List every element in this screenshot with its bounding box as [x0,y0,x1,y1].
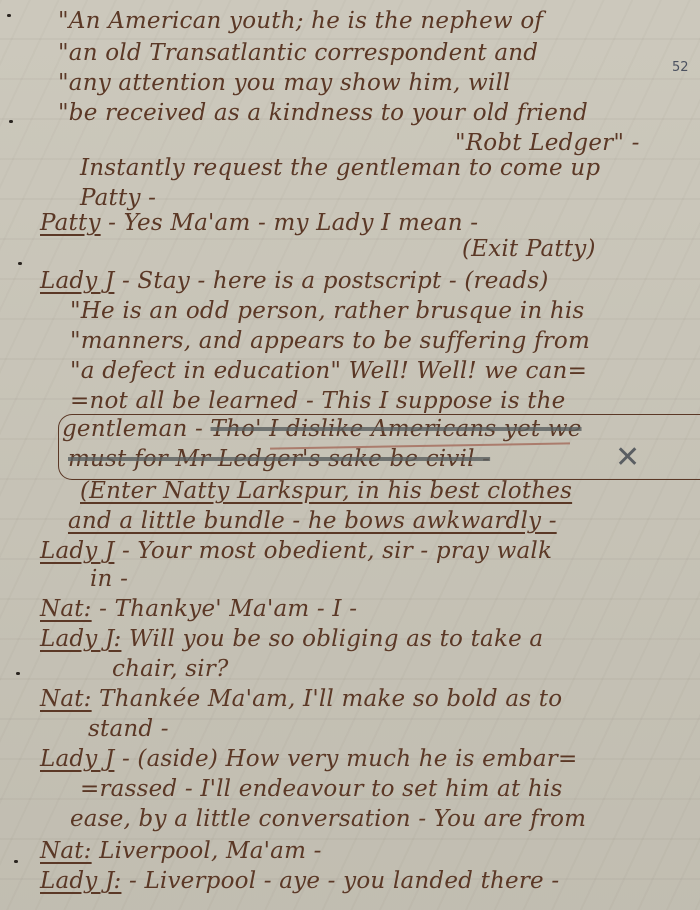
stage-direction-exit: (Exit Patty) [462,236,596,262]
dialogue-lady-j-2: Lady J - Your most obedient, sir - pray … [40,538,552,564]
line-7: Patty - [80,185,156,211]
dialogue-lady-j-3: Lady J: Will you be so obliging as to ta… [40,626,543,652]
line-2: "an old Transatlantic correspondent and [58,40,538,66]
line-25: stand - [88,716,169,742]
speaker-name: Nat: [40,596,92,622]
line-4: "be received as a kindness to your old f… [58,100,588,126]
line-15: gentleman - Tho' I dislike Americans yet… [62,416,582,442]
dialogue-nat-2: Nat: Thankée Ma'am, I'll make so bold as… [40,686,562,712]
line-6: Instantly request the gentleman to come … [80,155,600,181]
speaker-name: Lady J [40,268,114,294]
line-14: =not all be learned - This I suppose is … [70,388,565,414]
binding-hole [7,14,11,17]
speaker-name: Lady J [40,746,114,772]
line-1: "An American youth; he is the nephew of [58,8,543,34]
speaker-name: Patty [40,210,101,236]
dialogue-nat-1: Nat: - Thankye' Ma'am - I - [40,596,357,622]
line-20: in - [90,566,128,592]
line-11: "He is an odd person, rather brusque in … [70,298,584,324]
dialogue-lady-j-1: Lady J - Stay - here is a postscript - (… [40,268,549,294]
deletion-x-mark: ✕ [615,440,640,475]
speaker-name: Lady J: [40,626,121,652]
binding-hole [14,860,18,863]
line-16-struck: must for Mr Ledger's sake be civil - [68,446,490,472]
binding-hole [9,120,13,123]
stage-direction-enter-cont: and a little bundle - he bows awkwardly … [68,508,557,534]
line-28: ease, by a little conversation - You are… [70,806,586,832]
speaker-name: Lady J [40,538,114,564]
dialogue-lady-j-4: Lady J - (aside) How very much he is emb… [40,746,577,772]
line-27: =rassed - I'll endeavour to set him at h… [80,776,562,802]
binding-hole [16,672,20,675]
manuscript-page: 52 ✕ "An American youth; he is the nephe… [0,0,700,910]
dialogue-lady-j-5: Lady J: - Liverpool - aye - you landed t… [40,868,559,894]
signature: "Robt Ledger" - [455,130,640,156]
line-23: chair, sir? [112,656,229,682]
dialogue-patty: Patty - Yes Ma'am - my Lady I mean - [40,210,478,236]
binding-hole [18,262,22,265]
stage-direction-enter: (Enter Natty Larkspur, in his best cloth… [80,478,572,504]
dialogue-nat-3: Nat: Liverpool, Ma'am - [40,838,322,864]
struck-text: Tho' I dislike Americans yet we [211,416,582,442]
line-3: "any attention you may show him, will [58,70,511,96]
speaker-name: Nat: [40,838,92,864]
page-number: 52 [672,60,689,75]
line-12: "manners, and appears to be suffering fr… [70,328,590,354]
speaker-name: Lady J: [40,868,121,894]
speaker-name: Nat: [40,686,92,712]
line-13: "a defect in education" Well! Well! we c… [70,358,587,384]
struck-text: must for Mr Ledger's sake be civil - [68,446,490,472]
